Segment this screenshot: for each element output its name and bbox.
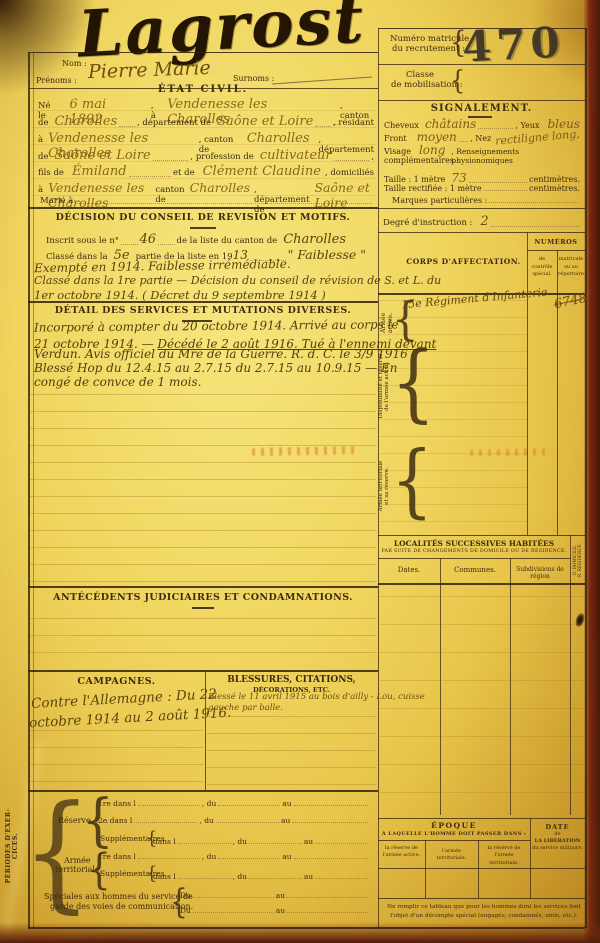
du-label: , du [233, 837, 247, 846]
row-label: dans l [153, 837, 176, 846]
services-line5: congé de convce de 1 mois. [34, 375, 201, 389]
date-col-line2: de [530, 831, 585, 837]
services-line3: Verdun. Avis officiel du Mre de la Guerr… [34, 347, 408, 361]
localites-col-subdiv: Subdivisions de région [510, 566, 570, 580]
du-label: Du [180, 906, 191, 915]
handwritten-value: Saône et Loire [217, 114, 313, 129]
signalement-title: SIGNALEMENT. [378, 103, 585, 114]
row-label: dans l [153, 872, 176, 881]
periode-row-territoriale-1: 1re dans l , du au [98, 852, 370, 861]
periode-row-speciales-2: Du au [180, 906, 370, 915]
handwritten-value: " Faiblesse " [288, 247, 366, 262]
row-label: 1re dans l [98, 799, 136, 808]
signalement-box-top [378, 100, 585, 101]
printed-label: , résidant [333, 118, 374, 128]
printed-label: et de [173, 168, 195, 178]
du-label: , du [233, 872, 247, 881]
rot-label-line2: et sa réserve. [384, 442, 390, 530]
epoque-col1: la réserve de l'armée active. [380, 845, 423, 860]
marie-label: Marié à [40, 196, 73, 206]
printed-label: Inscrit sous le n° [46, 236, 119, 246]
printed-label: Taille rectifiée : 1 mètre [384, 184, 482, 193]
periode-row-reserve-1: 1re dans l , du au [98, 799, 370, 808]
handwritten-value: Charolles [190, 180, 250, 195]
au-label: au [276, 891, 285, 900]
printed-label: fils de [38, 168, 64, 178]
au-label: au [304, 872, 313, 881]
printed-label: , Yeux [515, 121, 539, 130]
blessures-title-line1: BLESSURES, CITATIONS, [205, 675, 378, 685]
decision-title: DÉCISION DU CONSEIL DE REVISION ET MOTIF… [28, 212, 378, 223]
handwritten-value: Charolles [54, 114, 117, 129]
antecedents-box-top [28, 586, 378, 588]
services-rules [30, 394, 376, 584]
printed-label: à [38, 135, 43, 145]
epoque-header-divider [378, 840, 530, 841]
periodes-side-line1: PÉRIODES D'EXER- [5, 800, 12, 892]
date-col-line3: LA LIBÉRATION [530, 838, 585, 844]
au-label: au [282, 799, 291, 808]
printed-label: de [38, 118, 48, 128]
printed-label: Marques particulières : [392, 196, 487, 205]
printed-label: , département de [137, 118, 211, 128]
brace-glyph: { [450, 67, 465, 93]
marie-line: Marié à [40, 196, 374, 206]
antecedents-rules [30, 618, 376, 666]
blessures-entry-line2: gauche par balle. [208, 703, 283, 713]
signalement-row-taille2: Taille rectifiée : 1 mètre centimètres. [384, 184, 580, 193]
prenoms-value: Pierre Marie [88, 57, 211, 83]
signalement-row-taille: Taille : 1 mètre 73 centimètres. [384, 171, 580, 185]
classe-label-line1: Classe [406, 70, 434, 80]
au-label: au [281, 816, 290, 825]
handwritten-value: cultivateur [260, 148, 332, 163]
localites-table-top [378, 535, 585, 536]
corps-rot-label-territoriale: Armée territoriale et sa réserve. [378, 442, 392, 530]
printed-label: Visage [384, 147, 411, 156]
blessures-rules [207, 716, 376, 786]
printed-label: , domiciliés [325, 168, 374, 178]
etat-civil-line: de Saône et Loire , profession de cultiv… [38, 148, 374, 163]
localites-header-bottom [378, 583, 585, 585]
printed-label: à [38, 185, 43, 195]
localites-subtitle: PAR SUITE DE CHANGEMENTS DE DOMICILE OU … [378, 549, 570, 554]
epoque-col3: la réserve de l'armée territoriale. [480, 845, 528, 867]
epoque-col2: l'armée territoriale. [427, 848, 476, 863]
numeros-col1-label: de contrôle spécial. [528, 256, 556, 279]
signalement-row-front: Front moyen , Nez rectiligne long, [384, 130, 580, 144]
title-underline [192, 607, 214, 609]
printed-label: Taille : 1 mètre [384, 175, 445, 184]
periodes-side-label: PÉRIODES D'EXER- CICES. [5, 800, 21, 892]
decision-line5: 1er octobre 1914. ( Décret du 9 septembr… [34, 288, 326, 302]
antecedents-title: ANTÉCÉDENTS JUDICIAIRES ET CONDAMNATIONS… [28, 592, 378, 603]
localites-col-communes: Communes. [440, 566, 510, 574]
handwritten-value: Saône et Loire [54, 148, 150, 163]
printed-label: , Renseignements physionomiques [451, 147, 580, 165]
printed-label: , Nez [470, 134, 491, 143]
printed-label: de [38, 152, 48, 162]
corps-header: CORPS D'AFFECTATION. [400, 257, 527, 266]
du-label: , du [202, 799, 216, 808]
brace-glyph: { [391, 441, 433, 520]
row-label: 1re dans l [98, 852, 136, 861]
au-label: au [276, 906, 285, 915]
date-col-line1: DATE [530, 823, 585, 831]
instruction-row: Degré d'instruction : 2 [383, 214, 581, 229]
matricule-stamp: 470 [461, 17, 566, 71]
document-page: Lagrost Nom : Prénoms : Pierre Marie Sur… [0, 0, 600, 943]
epoque-col-divider [478, 840, 479, 898]
au-label: au [304, 837, 313, 846]
printed-label: de la liste du canton de [177, 236, 278, 246]
localites-side-label: D. DOMICILE. R. RÉSIDENCE. [572, 538, 584, 582]
localites-header-divider [378, 558, 570, 559]
handwritten-value: 46 [140, 232, 157, 247]
instruction-value: 2 [480, 214, 488, 229]
date-col-line4: du service militaire. [530, 845, 585, 851]
corps-table-top [378, 232, 585, 233]
handwritten-value: long [419, 143, 445, 157]
epoque-col-divider [425, 840, 426, 898]
printed-label: centimètres. [529, 175, 580, 184]
epoque-subtitle: À LAQUELLE L'HOMME DOIT PASSER DANS : [378, 831, 530, 837]
du-label: , du [202, 852, 216, 861]
title-underline [190, 227, 216, 229]
nom-label: Nom : [62, 59, 87, 68]
services-line1: Incorporé à compter du 20 octobre 1914. … [34, 317, 399, 334]
brace-glyph: { [391, 340, 436, 424]
handwritten-value: Charolles [283, 232, 346, 247]
services-title: DÉTAIL DES SERVICES ET MUTATIONS DIVERSE… [28, 305, 378, 316]
printed-label: , profession de [190, 152, 253, 162]
side-label-line2: R. RÉSIDENCE. [577, 538, 582, 582]
corps-rot-label-disponibilite: Disponibilité et réserve de l'armée acti… [378, 340, 392, 432]
etat-civil-title: ÉTAT CIVIL. [30, 84, 376, 95]
epoque-table-bottom [378, 898, 585, 899]
instruction-box-top [378, 208, 585, 209]
epoque-table-top [378, 818, 585, 819]
printed-label: , [371, 152, 374, 162]
handwritten-value: 73 [451, 171, 466, 185]
frame-bottom [28, 927, 585, 929]
printed-label: Cheveux [384, 121, 419, 130]
epoque-subheader-bottom [378, 868, 585, 869]
numeros-col2-label: matricule ou au répertoire. [558, 256, 584, 279]
printed-label: Front [384, 134, 407, 143]
services-line4: Blessé Hop du 12.4.15 au 2.7.15 du 2.7.1… [34, 361, 398, 375]
instruction-label: Degré d'instruction : [383, 218, 472, 228]
campagnes-box-top [28, 670, 378, 672]
surnoms-label: Surnoms : [233, 74, 274, 83]
printed-label: centimètres. [529, 184, 580, 193]
handwritten-value: Charolles [247, 131, 310, 146]
decision-box-top [28, 207, 378, 209]
periode-row-reserve-2: 2e dans l , du au [98, 816, 370, 825]
frame-right [585, 28, 587, 928]
handwritten-value: Émiland [72, 164, 127, 179]
campagnes-title: CAMPAGNES. [28, 676, 205, 687]
periode-row-territoriale-suppl: dans l , du au [153, 872, 370, 881]
localites-title: LOCALITÉS SUCCESSIVES HABITÉES [378, 539, 570, 548]
du-label: , du [199, 816, 213, 825]
periodes-side-line2: CICES. [12, 800, 19, 892]
du-label: Du [180, 891, 191, 900]
numeros-underline [527, 250, 585, 251]
services-box-top [28, 301, 378, 303]
localites-body-rules [379, 596, 584, 814]
footnote: Ne remplir ce tableau que pour les homme… [385, 903, 583, 922]
etat-civil-line: fils de Émiland et de Clément Claudine ,… [38, 164, 374, 179]
periode-row-speciales-1: Du au [180, 891, 370, 900]
rot-label-line2: de l'armée active. [384, 340, 390, 432]
decision-line4: Classé dans la 1re partie — Décision du … [34, 274, 441, 287]
handwritten-value: Clément Claudine [203, 164, 321, 179]
epoque-title: ÉPOQUE [378, 821, 530, 830]
etat-civil-line: de Charolles , département de Saône et L… [38, 114, 374, 129]
row-label: 2e dans l [98, 816, 132, 825]
handwritten-value: châtains [425, 117, 476, 131]
decision-line1: Inscrit sous le n° 46 de la liste du can… [46, 232, 346, 247]
au-label: au [282, 852, 291, 861]
handwritten-value: moyen [417, 130, 457, 144]
signalement-row-marques: Marques particulières : [392, 196, 580, 205]
localites-col-dates: Dates. [378, 566, 440, 574]
periode-row-reserve-suppl: dans l , du au [153, 837, 370, 846]
complementaires-label: complémentaires : [384, 156, 459, 165]
numeros-header: NUMÉROS [527, 238, 585, 246]
